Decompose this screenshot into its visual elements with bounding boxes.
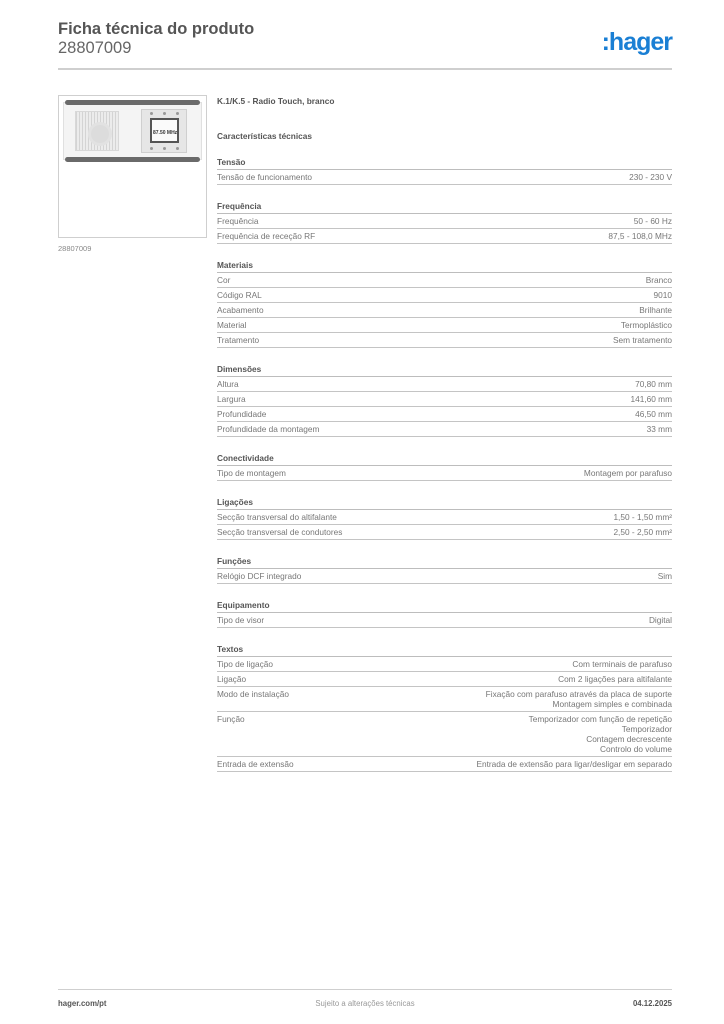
spec-label: Tipo de montagem xyxy=(217,468,286,478)
spec-value: Entrada de extensão para ligar/desligar … xyxy=(476,759,672,769)
spec-value: 33 mm xyxy=(647,424,672,434)
spec-row: Profundidade46,50 mm xyxy=(217,407,672,422)
spec-row: CorBranco xyxy=(217,273,672,288)
spec-label: Acabamento xyxy=(217,305,264,315)
spec-row: Código RAL9010 xyxy=(217,288,672,303)
spec-value: 46,50 mm xyxy=(635,409,672,419)
spec-label: Função xyxy=(217,714,245,724)
spec-label: Cor xyxy=(217,275,230,285)
spec-value-line: 1,50 - 1,50 mm² xyxy=(613,512,672,522)
footer-note: Sujeito a alterações técnicas xyxy=(58,999,672,1008)
spec-label: Profundidade xyxy=(217,409,266,419)
spec-value: 9010 xyxy=(654,290,672,300)
footer-date: 04.12.2025 xyxy=(633,999,672,1008)
spec-label: Material xyxy=(217,320,247,330)
radio-unit: 87.50 MHz xyxy=(141,109,187,153)
footer-divider xyxy=(58,989,672,990)
spec-value: Com 2 ligações para altifalante xyxy=(558,674,672,684)
spec-value-line: 46,50 mm xyxy=(635,409,672,419)
spec-value-line: Com 2 ligações para altifalante xyxy=(558,674,672,684)
spec-row: TratamentoSem tratamento xyxy=(217,333,672,348)
spec-label: Entrada de extensão xyxy=(217,759,294,769)
button-dot-icon xyxy=(176,112,179,115)
header-divider xyxy=(58,68,672,70)
spec-value-line: 141,60 mm xyxy=(630,394,672,404)
spec-group-title: Ligações xyxy=(217,497,672,510)
spec-value-line: 33 mm xyxy=(647,424,672,434)
spec-value-line: Contagem decrescente xyxy=(529,734,672,744)
spec-row: Largura141,60 mm xyxy=(217,392,672,407)
spec-group-title: Dimensões xyxy=(217,364,672,377)
spec-value: 2,50 - 2,50 mm² xyxy=(613,527,672,537)
spec-group-title: Conectividade xyxy=(217,453,672,466)
spec-group-title: Tensão xyxy=(217,157,672,170)
spec-group: MateriaisCorBrancoCódigo RAL9010Acabamen… xyxy=(217,260,672,348)
spec-value-line: Branco xyxy=(646,275,672,285)
spec-value-line: Temporizador com função de repetição xyxy=(529,714,672,724)
frame-bottom-bar xyxy=(65,157,200,162)
page-footer: hager.com/pt Sujeito a alterações técnic… xyxy=(58,999,672,1011)
spec-value-line: 50 - 60 Hz xyxy=(634,216,672,226)
spec-label: Largura xyxy=(217,394,246,404)
spec-row: Frequência50 - 60 Hz xyxy=(217,214,672,229)
page-header: Ficha técnica do produto 28807009 :hager xyxy=(58,20,672,70)
spec-groups: TensãoTensão de funcionamento230 - 230 V… xyxy=(217,157,672,772)
spec-group: FunçõesRelógio DCF integradoSim xyxy=(217,556,672,584)
spec-value-line: Montagem por parafuso xyxy=(584,468,672,478)
spec-value-line: Controlo do volume xyxy=(529,744,672,754)
spec-row: MaterialTermoplástico xyxy=(217,318,672,333)
spec-group-title: Textos xyxy=(217,644,672,657)
spec-value-line: 9010 xyxy=(654,290,672,300)
spec-value-line: Fixação com parafuso através da placa de… xyxy=(486,689,672,699)
document-title: Ficha técnica do produto xyxy=(58,20,672,39)
spec-group-title: Frequência xyxy=(217,201,672,214)
spec-label: Tipo de ligação xyxy=(217,659,273,669)
spec-row: Tensão de funcionamento230 - 230 V xyxy=(217,170,672,185)
spec-content: K.1/K.5 - Radio Touch, branco Caracterís… xyxy=(217,96,672,772)
spec-row: Altura70,80 mm xyxy=(217,377,672,392)
spec-group: TensãoTensão de funcionamento230 - 230 V xyxy=(217,157,672,185)
frame-top-bar xyxy=(65,100,200,105)
spec-value: Branco xyxy=(646,275,672,285)
spec-value: 50 - 60 Hz xyxy=(634,216,672,226)
hager-logo: :hager xyxy=(602,28,672,57)
spec-value: 70,80 mm xyxy=(635,379,672,389)
spec-label: Tensão de funcionamento xyxy=(217,172,312,182)
spec-group: EquipamentoTipo de visorDigital xyxy=(217,600,672,628)
spec-group: ConectividadeTipo de montagemMontagem po… xyxy=(217,453,672,481)
spec-value-line: Termoplástico xyxy=(621,320,672,330)
spec-value-line: Entrada de extensão para ligar/desligar … xyxy=(476,759,672,769)
spec-label: Tipo de visor xyxy=(217,615,264,625)
spec-value-line: Sim xyxy=(658,571,672,581)
spec-value: 87,5 - 108,0 MHz xyxy=(608,231,672,241)
spec-group-title: Equipamento xyxy=(217,600,672,613)
spec-label: Frequência de receção RF xyxy=(217,231,315,241)
spec-value-line: 70,80 mm xyxy=(635,379,672,389)
speaker-grille-icon xyxy=(75,111,119,151)
spec-value-line: 87,5 - 108,0 MHz xyxy=(608,231,672,241)
product-image-caption: 28807009 xyxy=(58,244,91,253)
spec-group: LigaçõesSecção transversal do altifalant… xyxy=(217,497,672,540)
spec-label: Altura xyxy=(217,379,239,389)
spec-value: Sem tratamento xyxy=(613,335,672,345)
spec-label: Tratamento xyxy=(217,335,259,345)
button-dot-icon xyxy=(150,147,153,150)
product-number: 28807009 xyxy=(58,39,672,58)
spec-value-line: Temporizador xyxy=(529,724,672,734)
spec-value: 141,60 mm xyxy=(630,394,672,404)
spec-row: Secção transversal do altifalante1,50 - … xyxy=(217,510,672,525)
spec-row: Tipo de montagemMontagem por parafuso xyxy=(217,466,672,481)
button-dot-icon xyxy=(163,112,166,115)
product-image: 87.50 MHz xyxy=(58,95,207,238)
spec-row: Secção transversal de condutores2,50 - 2… xyxy=(217,525,672,540)
spec-row: Tipo de ligaçãoCom terminais de parafuso xyxy=(217,657,672,672)
spec-label: Secção transversal do altifalante xyxy=(217,512,337,522)
product-name: K.1/K.5 - Radio Touch, branco xyxy=(217,96,672,106)
spec-value-line: Com terminais de parafuso xyxy=(572,659,672,669)
spec-row: Modo de instalaçãoFixação com parafuso a… xyxy=(217,687,672,712)
display-frequency: 87.50 MHz xyxy=(153,130,177,136)
spec-label: Código RAL xyxy=(217,290,262,300)
button-dot-icon xyxy=(176,147,179,150)
button-dot-icon xyxy=(150,112,153,115)
spec-value-line: Montagem simples e combinada xyxy=(486,699,672,709)
spec-row: Profundidade da montagem33 mm xyxy=(217,422,672,437)
radio-touch-device-illustration: 87.50 MHz xyxy=(63,100,202,162)
button-dot-icon xyxy=(163,147,166,150)
spec-group: TextosTipo de ligaçãoCom terminais de pa… xyxy=(217,644,672,772)
spec-value: 1,50 - 1,50 mm² xyxy=(613,512,672,522)
spec-value: Brilhante xyxy=(639,305,672,315)
spec-label: Profundidade da montagem xyxy=(217,424,319,434)
spec-value: Fixação com parafuso através da placa de… xyxy=(486,689,672,709)
spec-group: FrequênciaFrequência50 - 60 HzFrequência… xyxy=(217,201,672,244)
spec-value: 230 - 230 V xyxy=(629,172,672,182)
spec-group-title: Funções xyxy=(217,556,672,569)
spec-value-line: Sem tratamento xyxy=(613,335,672,345)
spec-value: Montagem por parafuso xyxy=(584,468,672,478)
spec-row: Tipo de visorDigital xyxy=(217,613,672,628)
spec-value-line: Brilhante xyxy=(639,305,672,315)
spec-value: Temporizador com função de repetiçãoTemp… xyxy=(529,714,672,754)
spec-label: Relógio DCF integrado xyxy=(217,571,301,581)
spec-label: Ligação xyxy=(217,674,246,684)
spec-value-line: 230 - 230 V xyxy=(629,172,672,182)
spec-value: Com terminais de parafuso xyxy=(572,659,672,669)
spec-value-line: 2,50 - 2,50 mm² xyxy=(613,527,672,537)
spec-value: Digital xyxy=(649,615,672,625)
radio-display: 87.50 MHz xyxy=(150,118,179,143)
spec-row: Frequência de receção RF87,5 - 108,0 MHz xyxy=(217,229,672,244)
spec-value: Termoplástico xyxy=(621,320,672,330)
spec-group-title: Materiais xyxy=(217,260,672,273)
spec-label: Frequência xyxy=(217,216,259,226)
spec-row: Relógio DCF integradoSim xyxy=(217,569,672,584)
section-title: Características técnicas xyxy=(217,131,672,141)
spec-row: FunçãoTemporizador com função de repetiç… xyxy=(217,712,672,757)
spec-label: Modo de instalação xyxy=(217,689,289,699)
spec-row: Entrada de extensãoEntrada de extensão p… xyxy=(217,757,672,772)
spec-value: Sim xyxy=(658,571,672,581)
spec-group: DimensõesAltura70,80 mmLargura141,60 mmP… xyxy=(217,364,672,437)
spec-row: AcabamentoBrilhante xyxy=(217,303,672,318)
spec-row: LigaçãoCom 2 ligações para altifalante xyxy=(217,672,672,687)
spec-value-line: Digital xyxy=(649,615,672,625)
spec-label: Secção transversal de condutores xyxy=(217,527,342,537)
